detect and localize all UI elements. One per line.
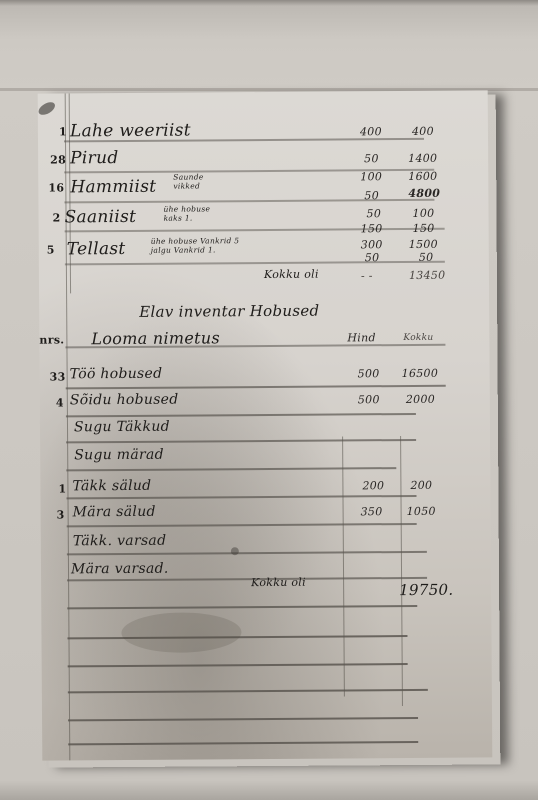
unit-price: 150: [361, 222, 383, 235]
rule: [66, 495, 416, 499]
qty: 5: [47, 243, 55, 256]
qty: 1: [58, 482, 66, 495]
unit-price: 200: [362, 479, 384, 492]
header-total: Kokku: [403, 333, 433, 343]
subtotal-value: 13450: [409, 269, 446, 282]
unit-price: 500: [358, 367, 380, 380]
total: 16500: [402, 367, 439, 380]
item-name: Lahe weeriist: [70, 121, 191, 142]
header-nr: nrs.: [39, 333, 64, 346]
rule: [65, 261, 445, 265]
item-name: Sugu Täkkud: [74, 419, 170, 436]
rule: [67, 551, 427, 555]
total: 150: [413, 222, 435, 235]
item-name: Täkk sälud: [72, 478, 151, 495]
unit-price: 50: [365, 251, 380, 264]
rule: [65, 228, 445, 232]
ledger-page: 1 Lahe weeriist 400 400 28 Pirud 50 1400…: [38, 90, 493, 760]
qty: 33: [50, 370, 66, 383]
backdrop-bottom: [0, 780, 538, 800]
total-column-line: [400, 436, 403, 706]
price-column-line: [342, 436, 345, 696]
item-name: Mära varsad.: [71, 561, 169, 578]
rule: [68, 717, 418, 721]
unit-price: 50: [364, 189, 379, 202]
item-name: Sugu märad: [74, 447, 164, 464]
ink-smudge: [38, 100, 57, 118]
qty: 1: [59, 125, 67, 138]
item-name: Täkk. varsad: [73, 533, 167, 550]
qty: 2: [53, 211, 61, 224]
qty: 16: [48, 181, 64, 194]
header-name: Looma nimetus: [91, 328, 220, 348]
total: 4800: [408, 187, 440, 200]
rule: [66, 413, 416, 417]
rule: [67, 577, 427, 581]
item-name: Töö hobused: [70, 366, 163, 383]
unit-price: 300: [361, 238, 383, 251]
total: 1400: [408, 152, 437, 165]
rule: [66, 385, 446, 389]
total: 400: [412, 125, 434, 138]
ink-spot: [231, 547, 239, 555]
unit-price: 350: [361, 505, 383, 518]
total: 1600: [408, 170, 437, 183]
subtotal-label: Kokku oli: [251, 576, 306, 589]
qty: 28: [50, 153, 66, 166]
total: 1050: [407, 505, 436, 518]
item-name: Sõidu hobused: [70, 392, 179, 409]
unit-price: 50: [364, 152, 379, 165]
total: 2000: [406, 393, 435, 406]
item-name: Saaniist: [64, 207, 136, 228]
qty: 4: [56, 396, 64, 409]
unit-price: 500: [358, 393, 380, 406]
rule: [67, 523, 417, 527]
total: 50: [419, 251, 434, 264]
qty: 3: [57, 508, 65, 521]
rule: [68, 663, 408, 667]
item-name: Pirud: [70, 148, 118, 168]
total: 100: [412, 207, 434, 220]
item-note: ühe hobuse kaks 1.: [163, 204, 210, 222]
item-note: Saunde vikked: [173, 172, 203, 190]
section-title: Elav inventar Hobused: [139, 302, 319, 321]
subtotal-label: Kokku oli: [264, 268, 319, 281]
rule: [66, 467, 396, 471]
rule: [68, 689, 428, 693]
unit-price: 100: [360, 170, 382, 183]
subtotal-dash: - -: [361, 269, 373, 282]
rule: [68, 741, 418, 745]
unit-price: 400: [360, 125, 382, 138]
rule: [66, 439, 416, 443]
header-price: Hind: [347, 331, 376, 344]
item-note: ühe hobuse Vankrid 5 jalgu Vankrid 1.: [151, 236, 240, 255]
rule: [67, 605, 417, 609]
item-name: Mära sälud: [73, 504, 156, 521]
item-name: Tellast: [67, 239, 126, 259]
stain: [121, 612, 241, 653]
item-name: Hammiist: [70, 177, 156, 198]
total: 1500: [409, 238, 438, 251]
subtotal-value: 19750.: [399, 581, 453, 599]
total: 200: [410, 479, 432, 492]
unit-price: 50: [366, 207, 381, 220]
